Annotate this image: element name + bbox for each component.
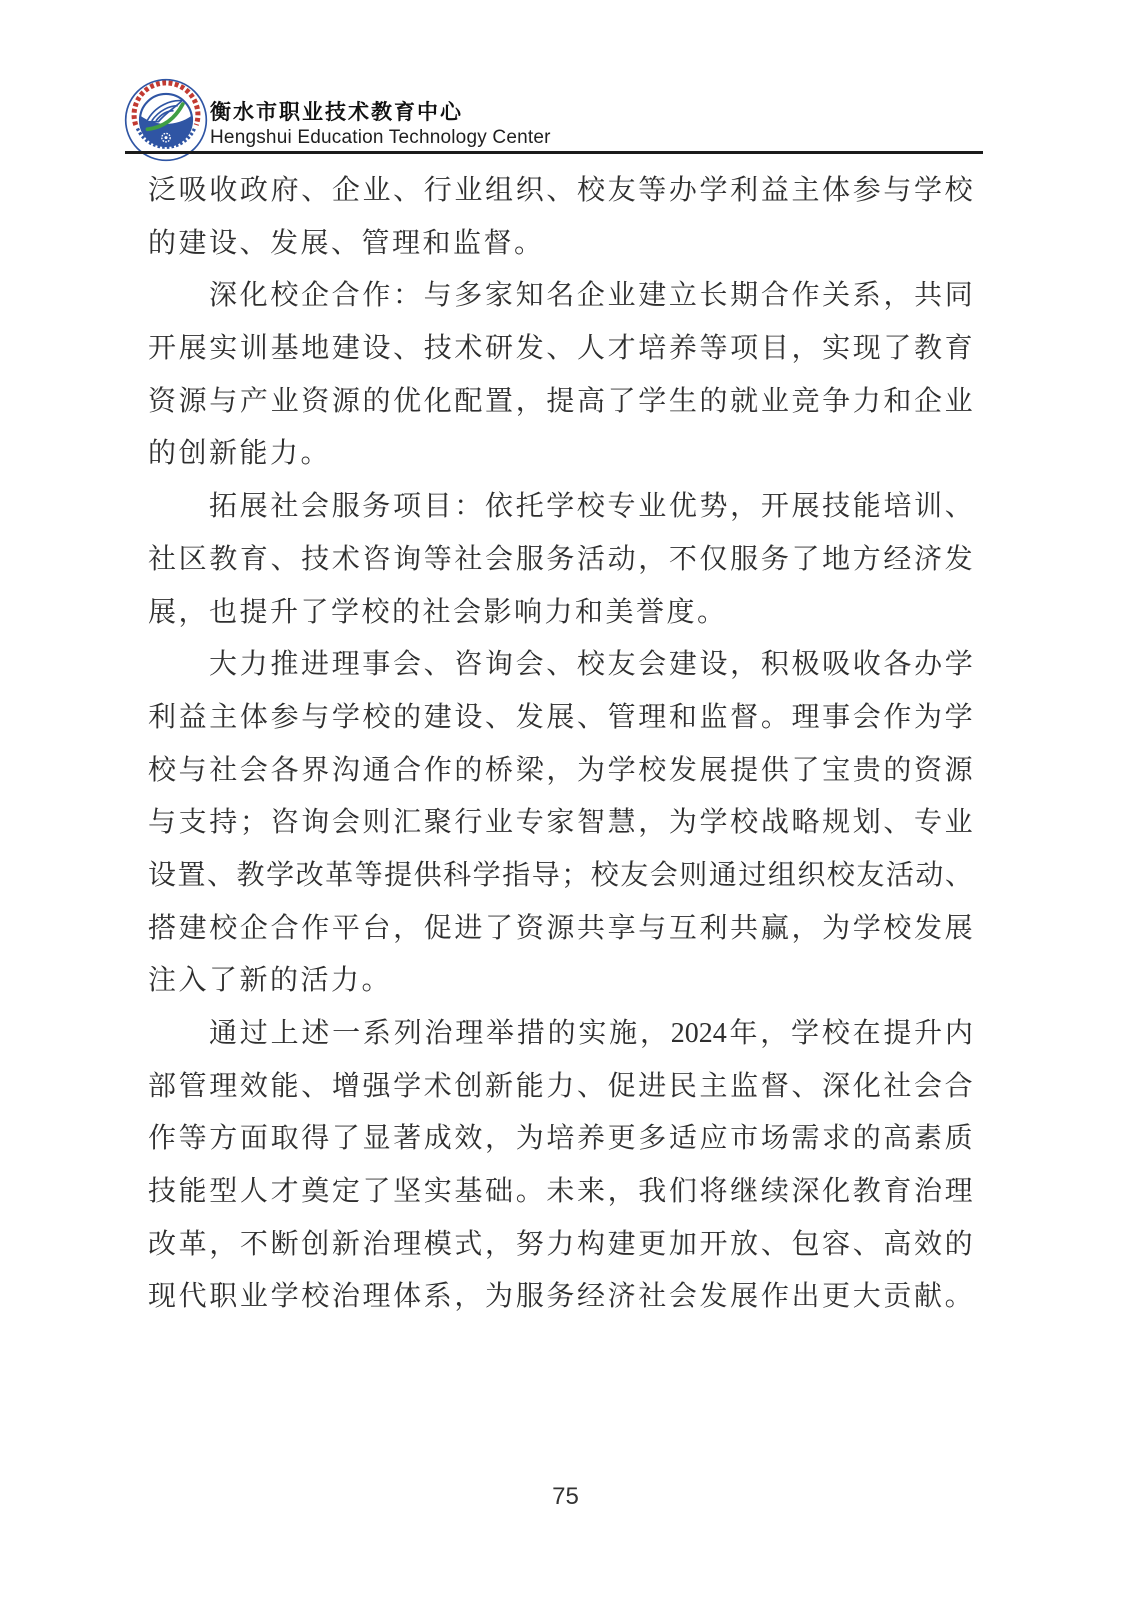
text-line: 的建设、发展、管理和监督。	[148, 227, 973, 280]
text-line: 部管理效能、增强学术创新能力、促进民主监督、深化社会合	[148, 1070, 973, 1123]
text-line: 改革，不断创新治理模式，努力构建更加开放、包容、高效的	[148, 1228, 973, 1281]
text-line: 的创新能力。	[148, 437, 973, 490]
text-line: 作等方面取得了显著成效，为培养更多适应市场需求的高素质	[148, 1122, 973, 1175]
text-line: 注入了新的活力。	[148, 964, 973, 1017]
text-line: 社区教育、技术咨询等社会服务活动，不仅服务了地方经济发	[148, 543, 973, 596]
org-name-en: Hengshui Education Technology Center	[210, 127, 551, 149]
header-divider	[125, 151, 983, 154]
text-line: 拓展社会服务项目：依托学校专业优势，开展技能培训、	[148, 490, 973, 543]
page-number: 75	[0, 1483, 1131, 1511]
school-logo-icon	[124, 78, 208, 162]
document-body: 泛吸收政府、企业、行业组织、校友等办学利益主体参与学校的建设、发展、管理和监督。…	[148, 174, 973, 1333]
text-line: 与支持；咨询会则汇聚行业专家智慧，为学校战略规划、专业	[148, 806, 973, 859]
page-header: 衡水市职业技术教育中心 Hengshui Education Technolog…	[0, 0, 1131, 160]
text-line: 资源与产业资源的优化配置，提高了学生的就业竞争力和企业	[148, 385, 973, 438]
text-line: 技能型人才奠定了坚实基础。未来，我们将继续深化教育治理	[148, 1175, 973, 1228]
text-line: 利益主体参与学校的建设、发展、管理和监督。理事会作为学	[148, 701, 973, 754]
org-name-zh: 衡水市职业技术教育中心	[210, 96, 463, 126]
text-line: 搭建校企合作平台，促进了资源共享与互利共赢，为学校发展	[148, 912, 973, 965]
text-line: 展，也提升了学校的社会影响力和美誉度。	[148, 596, 973, 649]
document-page: 衡水市职业技术教育中心 Hengshui Education Technolog…	[0, 0, 1131, 1600]
text-line: 泛吸收政府、企业、行业组织、校友等办学利益主体参与学校	[148, 174, 973, 227]
text-line: 深化校企合作：与多家知名企业建立长期合作关系，共同	[148, 279, 973, 332]
text-line: 现代职业学校治理体系，为服务经济社会发展作出更大贡献。	[148, 1280, 973, 1333]
text-line: 通过上述一系列治理举措的实施，2024年，学校在提升内	[148, 1017, 973, 1070]
text-line: 设置、教学改革等提供科学指导；校友会则通过组织校友活动、	[148, 859, 973, 912]
text-line: 开展实训基地建设、技术研发、人才培养等项目，实现了教育	[148, 332, 973, 385]
text-line: 大力推进理事会、咨询会、校友会建设，积极吸收各办学	[148, 648, 973, 701]
text-line: 校与社会各界沟通合作的桥梁，为学校发展提供了宝贵的资源	[148, 754, 973, 807]
